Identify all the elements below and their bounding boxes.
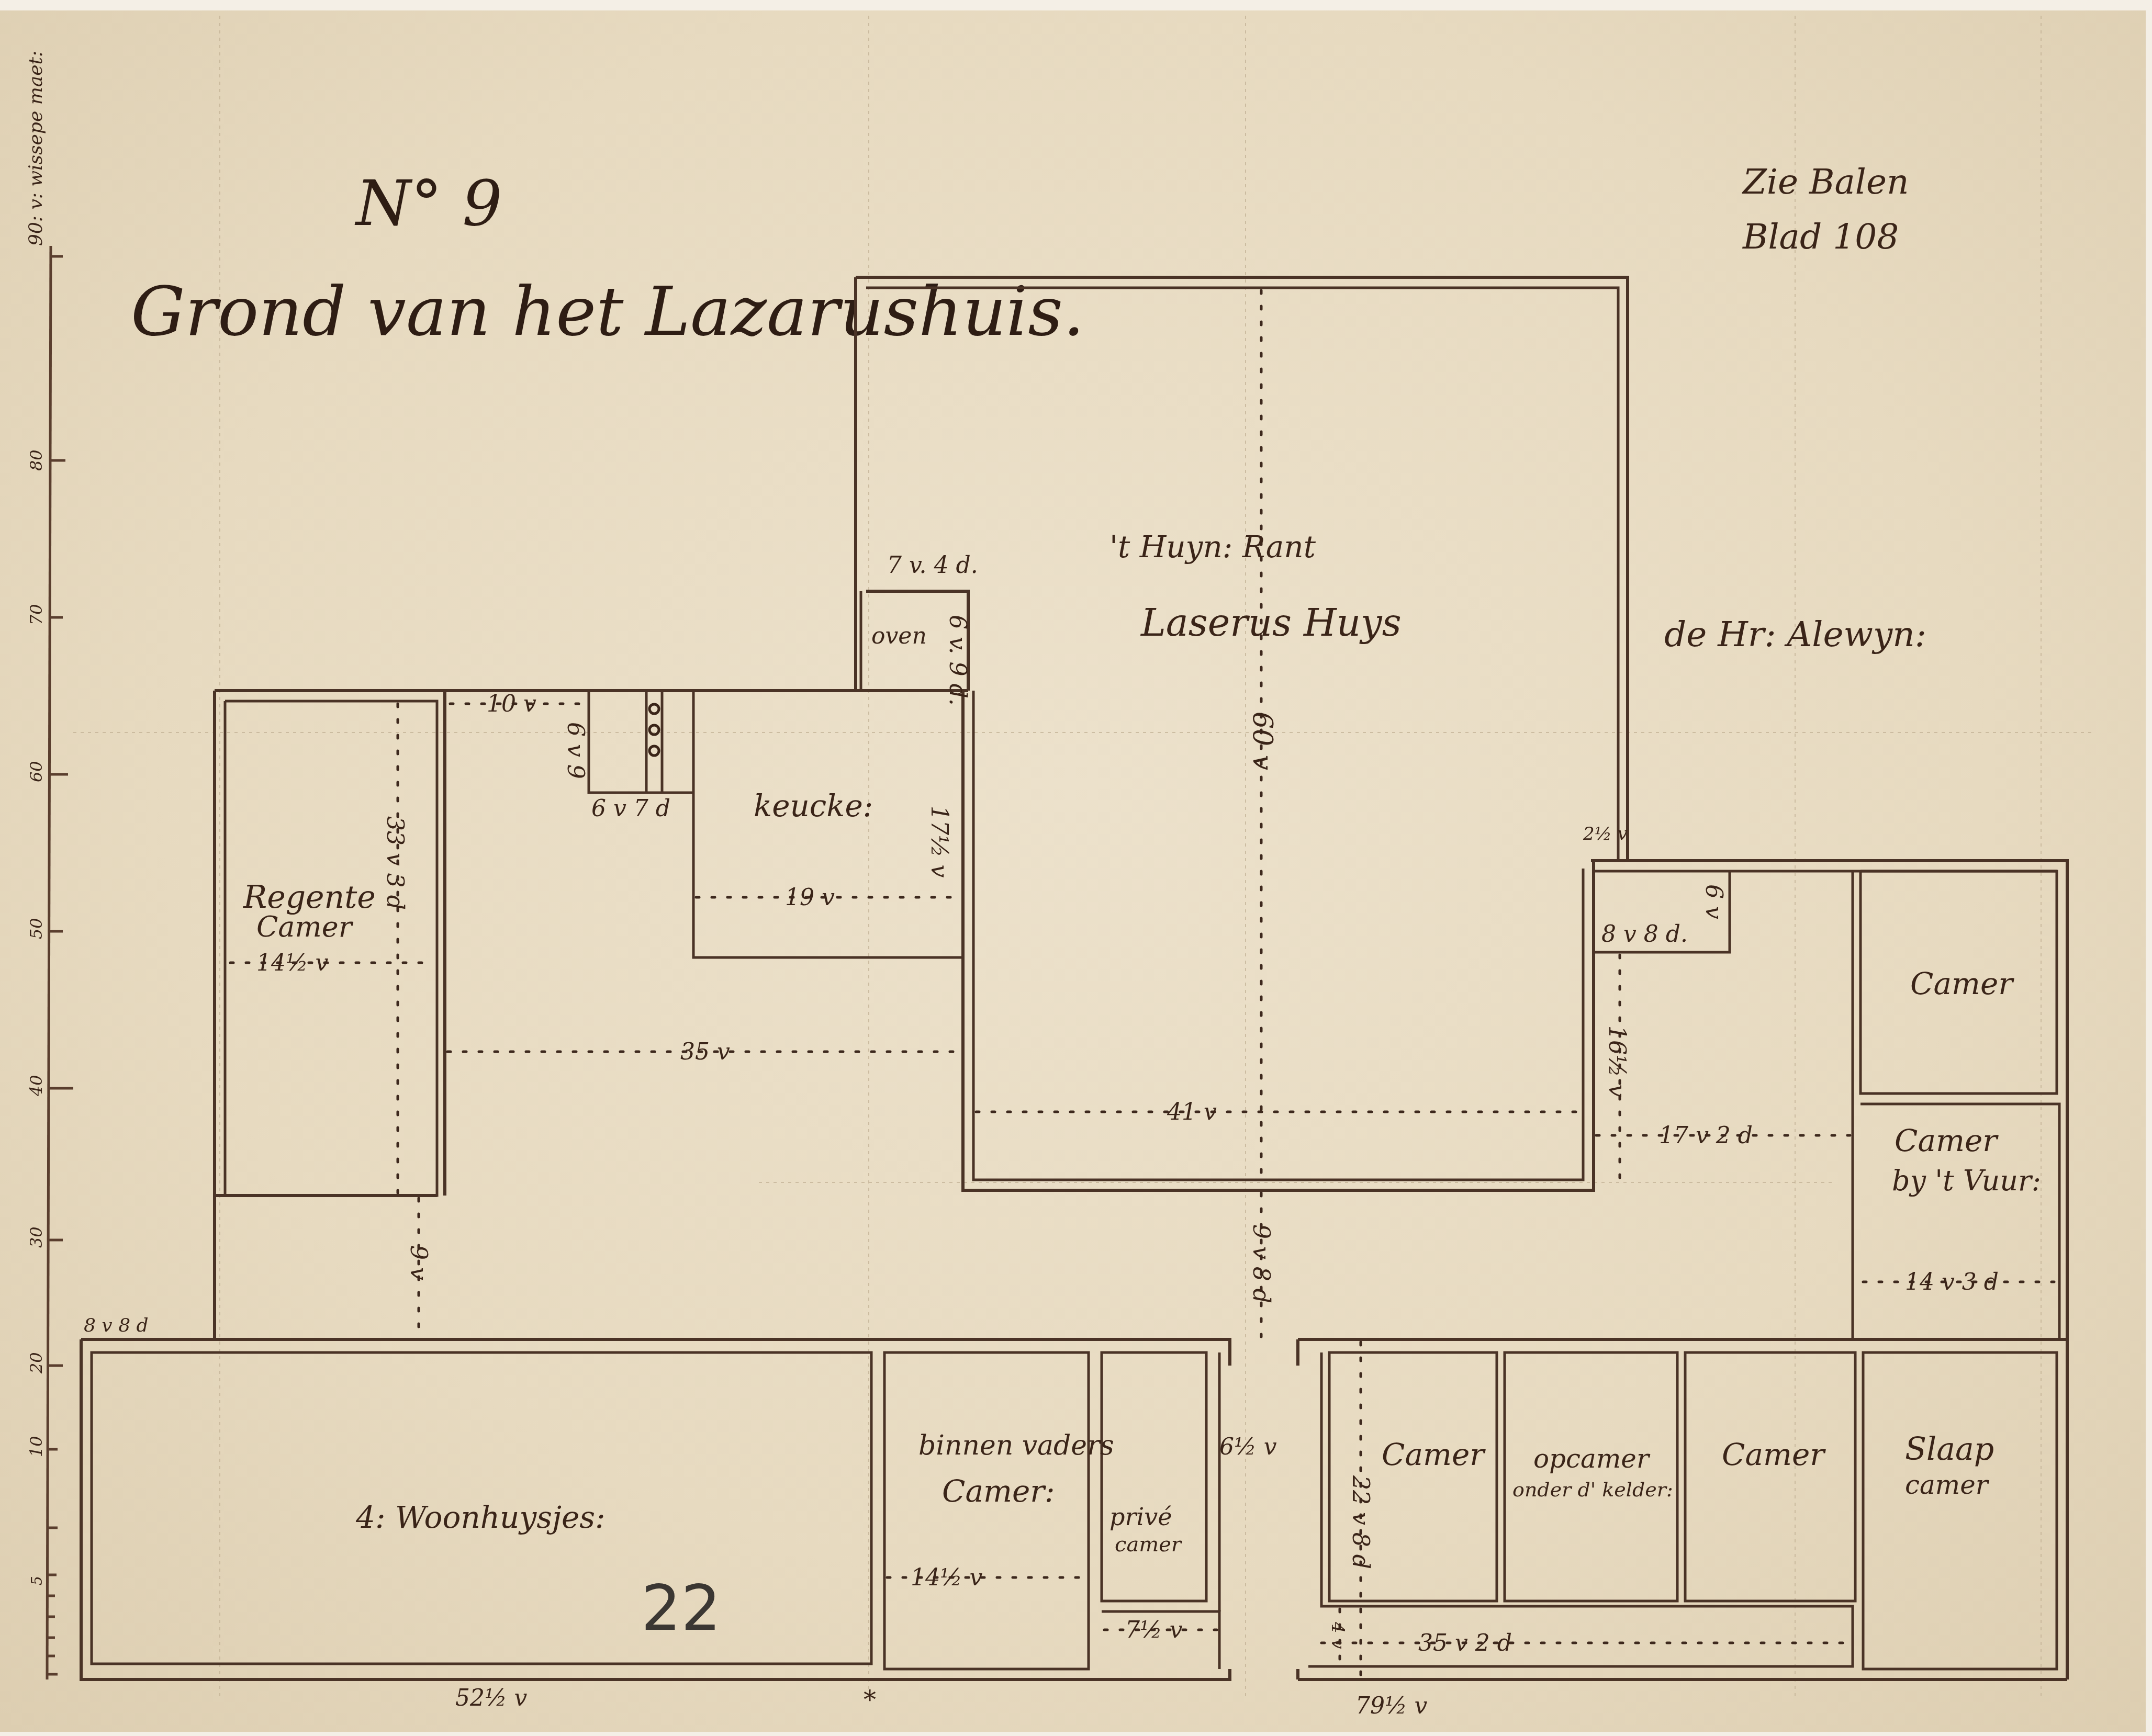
dim-small-room-width: 8 v 8 d.: [1601, 921, 1688, 948]
dim-kitchen-height: 17½ v: [926, 806, 952, 878]
dim-oven-width: 7 v. 4 d.: [887, 552, 978, 579]
scale-tick-60: 60: [26, 761, 46, 782]
cottages-label: 4: Woonhuysjes:: [355, 1500, 606, 1535]
kitchen-label: keucke:: [754, 788, 873, 824]
privy-label-1: privé: [1109, 1503, 1172, 1531]
main-hall: [856, 277, 1628, 1190]
dim-regents-gap: 9 v: [405, 1245, 432, 1280]
bottom-room-1-label: Camer: [1382, 1437, 1486, 1472]
scale-tick-50: 50: [26, 918, 46, 939]
scale-tick-20: 20: [26, 1352, 46, 1374]
stamp-number: 22: [641, 1572, 721, 1645]
reference-note-2: Blad 108: [1742, 217, 1899, 257]
dim-main-height: 60 v: [1247, 712, 1278, 770]
center-mark: *: [864, 1685, 876, 1715]
dim-passage-top: 10 v: [487, 691, 536, 717]
dim-fire-room-width: 14 v 3 d: [1905, 1269, 1999, 1295]
upper-room-label-2: onder d' kelder:: [1512, 1478, 1673, 1501]
dim-total-left: 52½ v: [455, 1685, 528, 1711]
dim-bottom-depth: 22 v 8 d: [1347, 1475, 1374, 1569]
regents-room-label-2: Camer: [256, 910, 354, 943]
bedroom-label-1: Slaap: [1905, 1431, 1994, 1468]
chimney: [589, 691, 693, 793]
dim-corridor-depth: 4 v: [1327, 1621, 1348, 1649]
dim-regents-height: 33 v 3 d: [382, 816, 408, 910]
dim-right-span: 17 v 2 d: [1659, 1122, 1753, 1149]
dim-oven-height: 6 v. 9 d.: [944, 615, 971, 706]
main-hall-label-1: 't Huyn: Rant: [1109, 529, 1316, 565]
dim-privy-width: 7½ v: [1125, 1617, 1183, 1643]
scale-tick-80: 80: [26, 449, 46, 471]
dim-total-right: 79½ v: [1355, 1693, 1428, 1719]
room-right-top-label: Camer: [1910, 966, 2014, 1001]
inner-father-label-1: binnen vaders: [918, 1430, 1114, 1461]
plan-number: N° 9: [354, 167, 502, 240]
upper-room-label-1: opcamer: [1533, 1444, 1651, 1474]
dim-main-width: 41 v: [1167, 1099, 1217, 1125]
dim-left-corner: 8 v 8 d: [84, 1315, 149, 1336]
scale-tick-5: 5: [28, 1576, 46, 1585]
inner-father-label-2: Camer:: [942, 1473, 1055, 1509]
scale-tick-30: 30: [26, 1226, 46, 1248]
dim-gate-height: 9 v 8 d: [1248, 1224, 1274, 1303]
kitchen: [693, 691, 963, 957]
dim-inner-father-width: 14½ v: [911, 1564, 983, 1591]
bottom-room-2-label: Camer: [1722, 1437, 1826, 1472]
dim-chimney-height: 6 v 9: [562, 722, 589, 779]
scale-bar: 90: v: wissepe maet: 80 70 60 50 40 30 2…: [25, 51, 73, 1679]
fire-room-label-2: by 't Vuur:: [1892, 1164, 2041, 1197]
scale-label: 90: v: wissepe maet:: [25, 51, 47, 246]
dim-chimney-width: 6 v 7 d: [591, 795, 670, 822]
dim-right-notch: 2½ v: [1583, 824, 1628, 844]
dim-right-height: 16½ v: [1604, 1025, 1630, 1098]
scale-tick-10: 10: [26, 1436, 46, 1457]
dim-small-room-height: 6 v: [1700, 884, 1727, 919]
bedroom-label-2: camer: [1905, 1470, 1990, 1500]
main-hall-label-2: Laserus Huys: [1140, 601, 1402, 645]
privy-label-2: camer: [1115, 1532, 1183, 1557]
dim-court-width: 35 v: [680, 1039, 730, 1065]
oven-label: oven: [871, 623, 927, 649]
scale-tick-40: 40: [26, 1075, 46, 1097]
dim-gate-width: 6½ v: [1219, 1434, 1277, 1460]
floor-plan: 90: v: wissepe maet: 80 70 60 50 40 30 2…: [0, 0, 2152, 1736]
dim-kitchen-width: 19 v: [785, 884, 835, 911]
neighbor-label: de Hr: Alewyn:: [1664, 614, 1926, 655]
fire-room-label-1: Camer: [1895, 1123, 1999, 1158]
plan-title: Grond van het Lazarushuis.: [131, 272, 1084, 351]
scale-tick-70: 70: [26, 604, 46, 625]
reference-note-1: Zie Balen: [1742, 162, 1909, 202]
dim-corridor-length: 35 v 2 d: [1418, 1630, 1512, 1656]
dim-regents-width: 14½ v: [256, 950, 329, 976]
